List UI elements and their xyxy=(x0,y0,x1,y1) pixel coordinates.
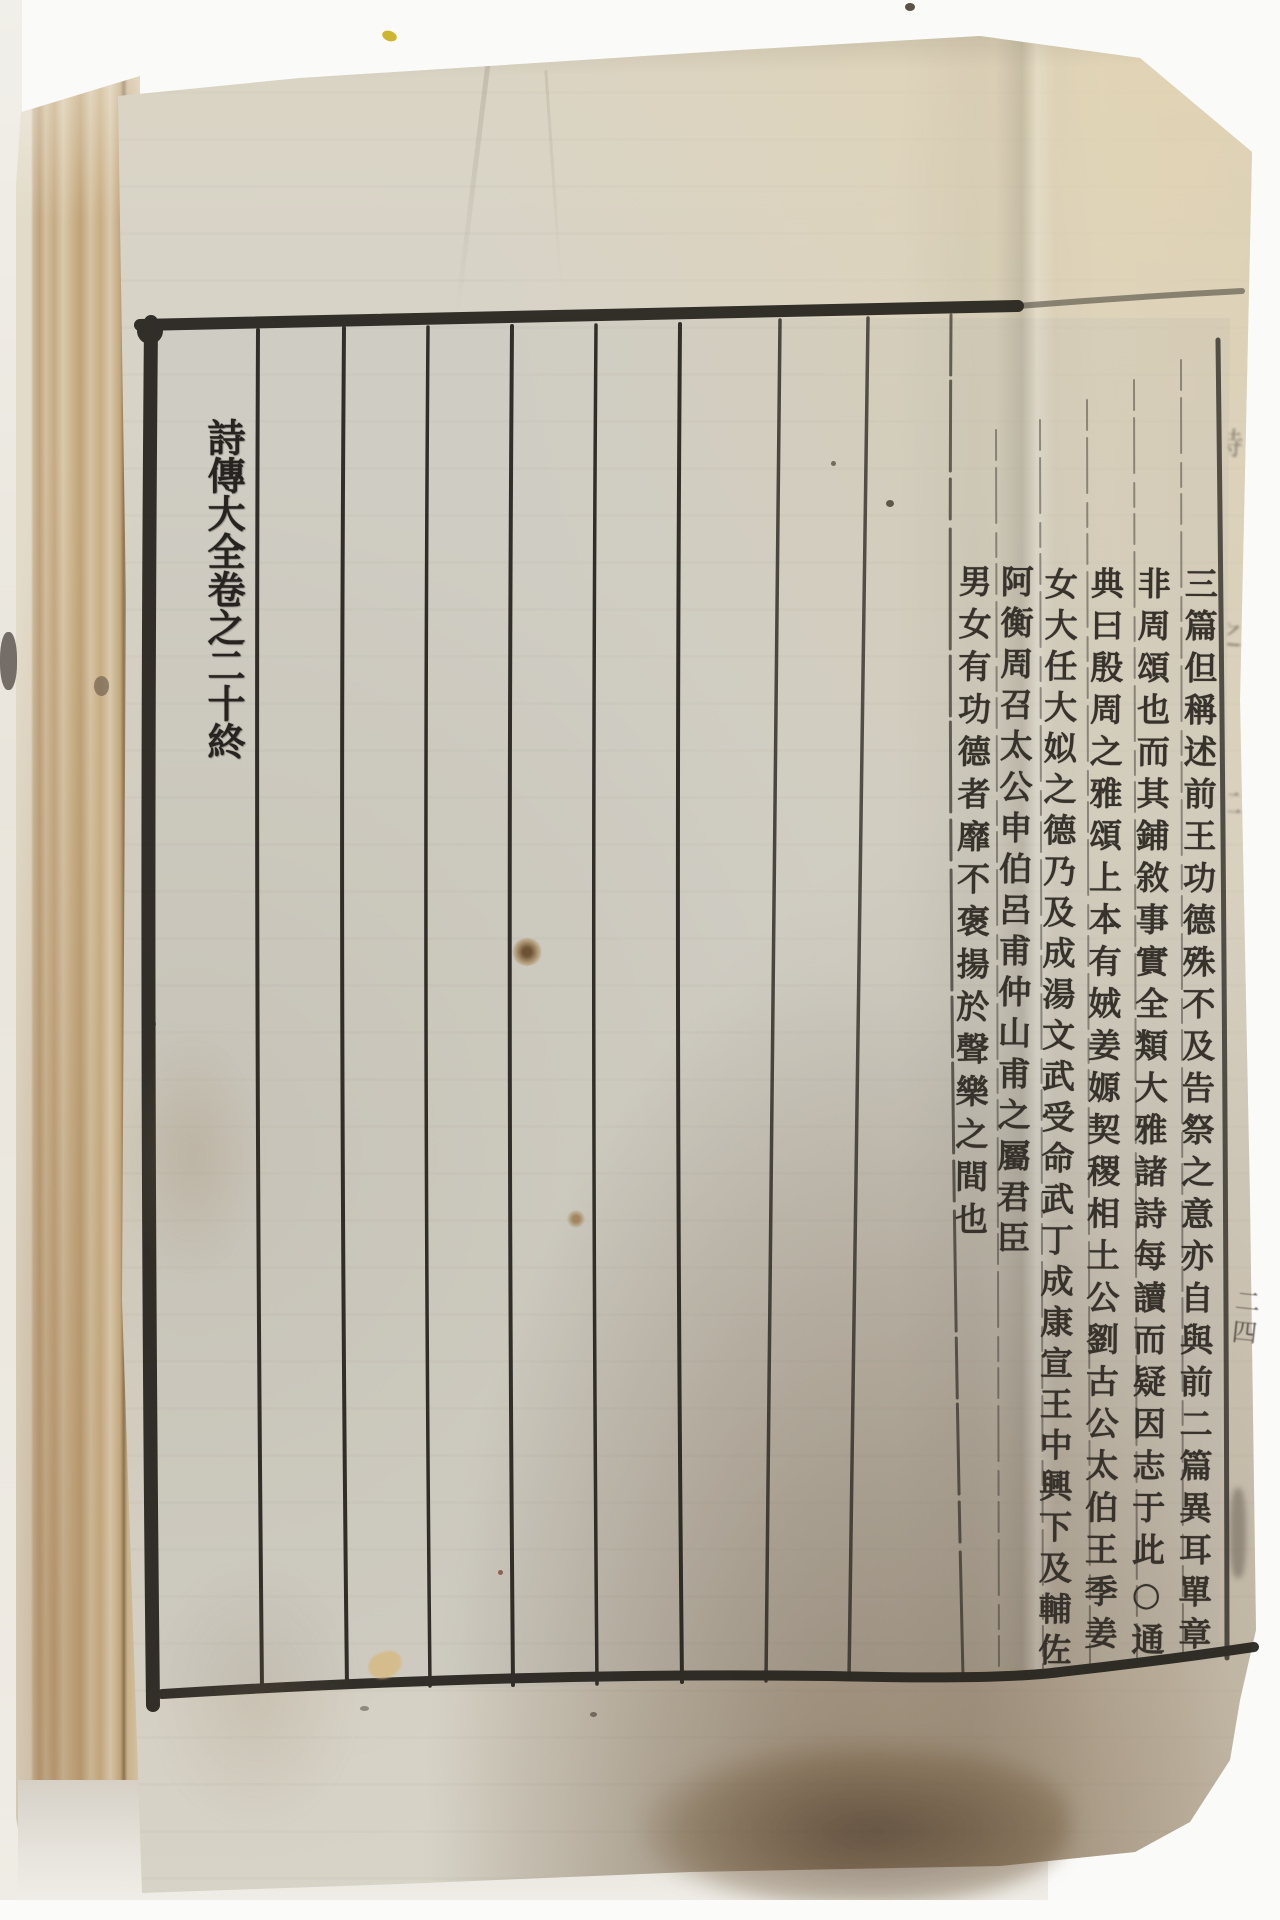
bottom-shadow xyxy=(640,1740,1070,1905)
commentary-column-1: 三篇但稱述前王功德殊不及告祭之意亦自與前二篇異耳單章 xyxy=(1172,566,1223,1658)
commentary-column-3: 典曰殷周之雅頌上本有娀姜嫄契稷相土公劉古公太伯王季姜 xyxy=(1078,566,1129,1658)
page-edge-fragment: 詩 xyxy=(1227,427,1247,458)
commentary-column-4: 女大任大姒之德乃及成湯文武受命武丁成康宣王中興下及輔佐 xyxy=(1032,567,1083,1674)
ink-speck xyxy=(831,461,836,466)
commentary-column-2: 非周頌也而其鋪敘事實全類大雅諸詩每讀而疑因志于此○通 xyxy=(1125,566,1176,1664)
ink-speck xyxy=(360,1706,369,1711)
ink-speck xyxy=(905,3,915,11)
ink-speck xyxy=(590,1712,597,1717)
stain xyxy=(512,938,542,966)
ink-speck xyxy=(498,1570,503,1575)
photo-backdrop-bottom xyxy=(0,1900,1280,1920)
stain xyxy=(566,1210,586,1228)
page-edge-fragment: 二 xyxy=(1227,787,1247,818)
commentary-column-6: 男女有功德者靡不褒揚於聲樂之間也 xyxy=(949,564,997,1244)
stain xyxy=(122,1030,262,1280)
page-edge-fragment: 之 xyxy=(1227,617,1247,648)
commentary-column-5: 阿衡周召太公申伯呂甫仲山甫之屬君臣 xyxy=(991,564,1039,1261)
page-edge-smudge xyxy=(1230,1488,1246,1578)
ink-speck xyxy=(886,500,894,507)
folio-number: 二四 xyxy=(1223,1286,1265,1351)
stain xyxy=(150,1560,360,1830)
